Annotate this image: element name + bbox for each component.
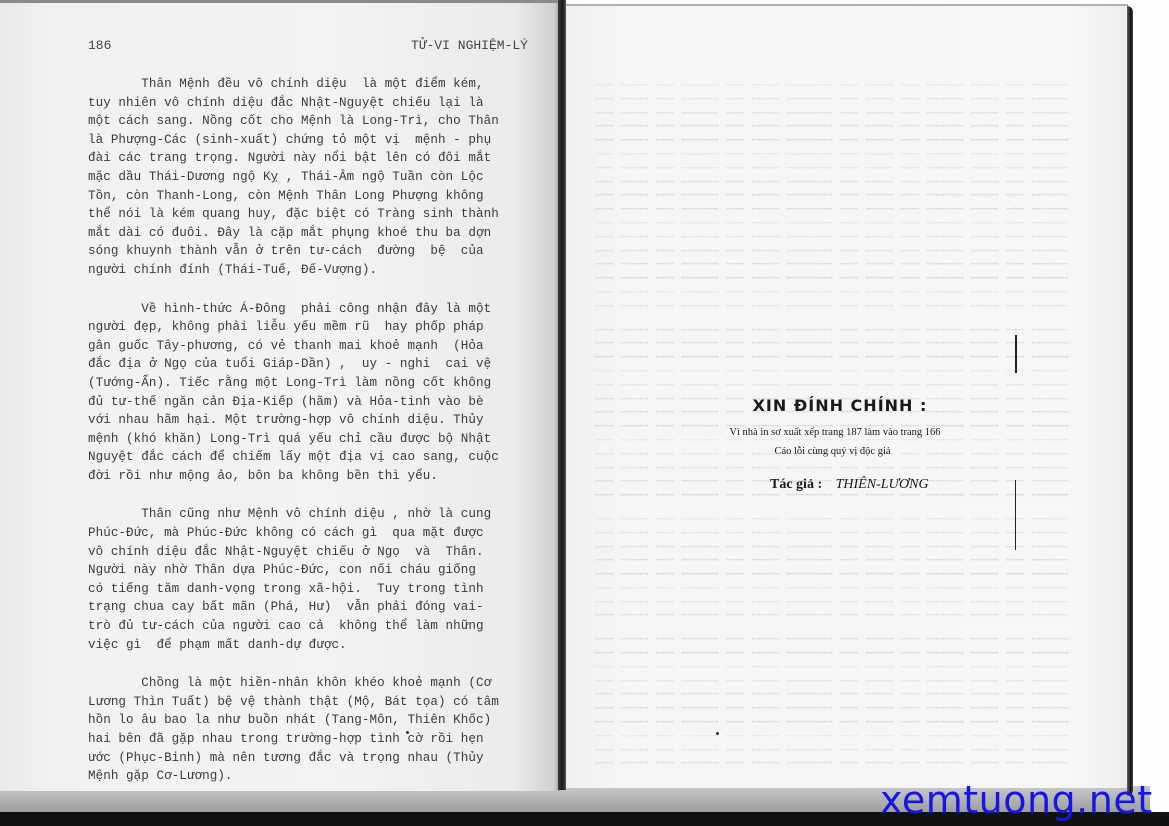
author-label: Tác giả : <box>770 477 822 492</box>
text-line: ước (Phục-Binh) mà nên tương đắc và trọn… <box>88 749 528 768</box>
left-page-content: 186 TỬ-VI NGHIỆM-LÝ Thân Mệnh đều vô chí… <box>88 38 528 806</box>
speck <box>716 732 719 735</box>
text-line: Thân Mệnh đều vô chính diệu là một điểm … <box>88 75 528 94</box>
text-line: hai bên đã gặp nhau trong trường-hợp tìn… <box>88 730 528 749</box>
page-number: 186 <box>88 38 111 53</box>
text-line: người chính đính (Thái-Tuế, Đế-Vượng). <box>88 261 528 280</box>
text-line: mặc dầu Thái-Dương ngộ Kỵ , Thái-Âm ngộ … <box>88 168 528 187</box>
text-line: gân guốc Tây-phương, có vẻ thanh mai kho… <box>88 337 528 356</box>
text-line: Tồn, còn Thanh-Long, còn Mệnh Thân Long … <box>88 187 528 206</box>
text-line: tuy nhiên vô chính diệu đắc Nhật-Nguyệt … <box>88 94 528 113</box>
text-line: mắt dài có đuôi. Đây là cặp mắt phụng kh… <box>88 224 528 243</box>
text-line: một cách sang. Nồng cốt cho Mệnh là Long… <box>88 112 528 131</box>
author-credit: Tác giả : THIÊN-LƯƠNG <box>770 477 1020 493</box>
book-spine <box>558 0 566 790</box>
text-line: thể nói là kém quang huy, đặc biệt có Tr… <box>88 205 528 224</box>
text-line: đủ tư-thế ngăn cản Địa-Kiếp (hãm) và Hỏa… <box>88 393 528 412</box>
text-line: Mệnh gặp Cơ-Lương). <box>88 767 528 786</box>
text-line: Về hình-thức Á-Đông phải công nhận đây l… <box>88 300 528 319</box>
paragraph: Thân Mệnh đều vô chính diệu là một điểm … <box>88 75 528 280</box>
text-line: có tiếng tăm danh-vọng trong xã-hội. Tuy… <box>88 580 528 599</box>
paragraph: Thân cũng như Mệnh vô chính diệu , nhờ l… <box>88 505 528 654</box>
text-line: Chồng là một hiền-nhân khôn khéo khoẻ mạ… <box>88 674 528 693</box>
watermark[interactable]: xemtuong.net <box>880 778 1153 822</box>
paragraph: Chồng là một hiền-nhân khôn khéo khoẻ mạ… <box>88 674 528 786</box>
text-line: đài các trang trọng. Người này nổi bật l… <box>88 149 528 168</box>
text-line: đắc địa ở Ngọ của tuổi Giáp-Dần) , uy - … <box>88 355 528 374</box>
text-line: là Phượng-Các (sinh-xuất) chứng tỏ một v… <box>88 131 528 150</box>
body-paragraphs: Thân Mệnh đều vô chính diệu là một điểm … <box>88 75 528 786</box>
margin-mark <box>1015 335 1017 373</box>
text-line: đời rồi như mộng ảo, bôn ba không bền th… <box>88 467 528 486</box>
errata-apology: Cáo lỗi cùng quý vị độc giả <box>645 446 1020 457</box>
text-line: Nguyệt đắc cách để chiếm lấy một địa vị … <box>88 448 528 467</box>
margin-mark <box>1015 480 1016 550</box>
text-line: Thân cũng như Mệnh vô chính diệu , nhờ l… <box>88 505 528 524</box>
errata-title: XIN ĐÍNH CHÍNH : <box>660 396 1020 415</box>
text-line: Phúc-Đức, mà Phúc-Đức không có cách gì q… <box>88 524 528 543</box>
right-page-edge <box>1127 6 1133 796</box>
text-line: vô chính diệu đắc Nhật-Nguyệt chiếu ở Ng… <box>88 543 528 562</box>
text-line: sóng khuynh thành vẫn ở trên tư-cách đườ… <box>88 242 528 261</box>
scanned-book-spread: 186 TỬ-VI NGHIỆM-LÝ Thân Mệnh đều vô chí… <box>0 0 1169 826</box>
text-line: mệnh (khó khăn) Long-Trì quá yếu chỉ cầu… <box>88 430 528 449</box>
author-name: THIÊN-LƯƠNG <box>836 477 929 492</box>
running-header: TỬ-VI NGHIỆM-LÝ <box>411 38 528 53</box>
text-line: hồn lo âu bao la như buồn nhát (Tang-Môn… <box>88 711 528 730</box>
page-header: 186 TỬ-VI NGHIỆM-LÝ <box>88 38 528 53</box>
text-line: người đẹp, không phải liễu yếu mềm rũ ha… <box>88 318 528 337</box>
paragraph: Về hình-thức Á-Đông phải công nhận đây l… <box>88 300 528 486</box>
text-line: Lương Thìn Tuất) bệ vệ thành thật (Mộ, B… <box>88 693 528 712</box>
text-line: (Tướng-Ấn). Tiếc rằng một Long-Trì làm n… <box>88 374 528 393</box>
errata-notice: XIN ĐÍNH CHÍNH : Vì nhà in sơ xuất xếp t… <box>620 396 1020 493</box>
text-line: trạng chua cay bất mãn (Phá, Hư) vẫn phả… <box>88 598 528 617</box>
text-line: với nhau hãm hại. Một trường-hợp vô chín… <box>88 411 528 430</box>
text-line: việc gì để phạm mất danh-dự được. <box>88 636 528 655</box>
text-line: trò đủ tư-cách của người cao cả không th… <box>88 617 528 636</box>
text-line: Người này nhờ Thân dựa Phúc-Đức, con nối… <box>88 561 528 580</box>
errata-explanation: Vì nhà in sơ xuất xếp trang 187 làm vào … <box>650 427 1020 438</box>
speck <box>406 731 409 734</box>
